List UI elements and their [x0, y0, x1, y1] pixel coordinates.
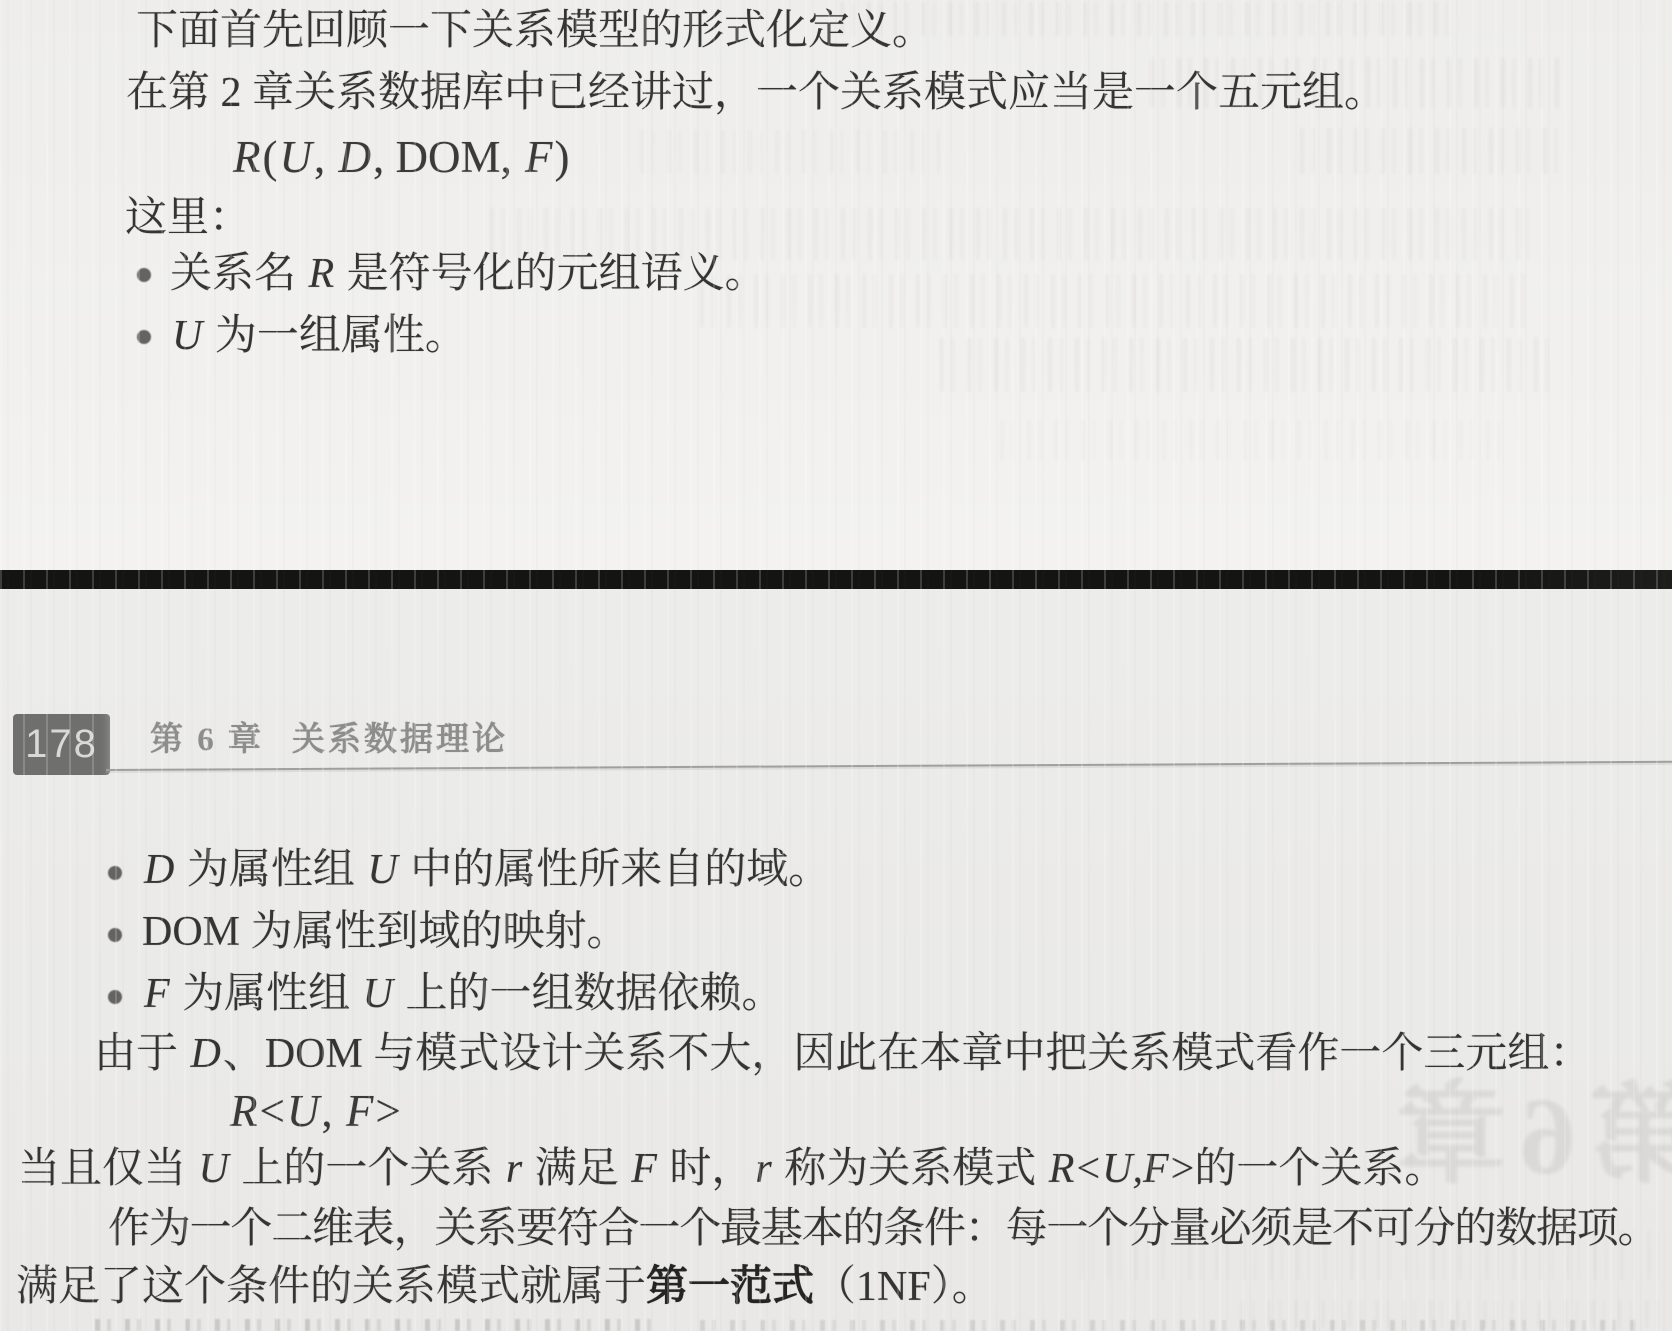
chapter-label: 第 6 章 [150, 722, 264, 758]
page-number: 178 [25, 722, 98, 767]
page-number-badge: 178 [13, 714, 110, 775]
bleed-through-smudge [940, 338, 1560, 392]
section-divider-bar [0, 570, 1672, 589]
paragraph-line: 在第 2 章关系数据库中已经讲过，一个关系模式应当是一个五元组。 [126, 70, 1386, 117]
chapter-title: 关系数据理论 [292, 722, 508, 758]
bullet-dot [108, 866, 122, 880]
running-head: 第 6 章关系数据理论 [150, 722, 508, 758]
bleed-through-smudge [1000, 420, 1500, 460]
bullet-dot [137, 330, 151, 344]
paragraph-line: 作为一个二维表，关系要符合一个最基本的条件：每一个分量必须是不可分的数据项。 [108, 1206, 1658, 1253]
bullet-item: DOM 为属性到域的映射。 [142, 909, 629, 956]
paragraph-line: 满足了这个条件的关系模式就属于第一范式（1NF）。 [16, 1264, 994, 1311]
bleed-through-smudge [640, 130, 940, 174]
bullet-dot [108, 928, 122, 942]
bullet-dot [137, 268, 151, 282]
page-top-section: 下面首先回顾一下关系模型的形式化定义。 在第 2 章关系数据库中已经讲过，一个关… [0, 0, 1672, 570]
bullet-item: D 为属性组 U 中的属性所来自的域。 [142, 847, 830, 894]
scanned-textbook-page: 下面首先回顾一下关系模型的形式化定义。 在第 2 章关系数据库中已经讲过，一个关… [0, 0, 1672, 1331]
relation-schema-formula: R<U, F> [228, 1086, 401, 1136]
bullet-item: F 为属性组 U 上的一组数据依赖。 [142, 971, 784, 1018]
paragraph-line: 当且仅当 U 上的一个关系 r 满足 F 时，r 称为关系模式 R<U,F>的一… [18, 1146, 1446, 1193]
paragraph-line: 下面首先回顾一下关系模型的形式化定义。 [136, 8, 934, 55]
paragraph-line: 由于 D、DOM 与模式设计关系不大，因此在本章中把关系模式看作一个三元组： [94, 1031, 1591, 1078]
relation-schema-formula: R(U, D, DOM, F) [231, 132, 570, 182]
bullet-item: 关系名 R 是符号化的元组语义。 [170, 251, 767, 298]
bullet-item: U 为一组属性。 [170, 313, 467, 360]
paragraph-line: 这里： [125, 195, 251, 242]
bleed-through-smudge [1300, 128, 1560, 174]
bullet-dot [108, 990, 122, 1004]
bleed-through-smudge [700, 274, 1530, 328]
